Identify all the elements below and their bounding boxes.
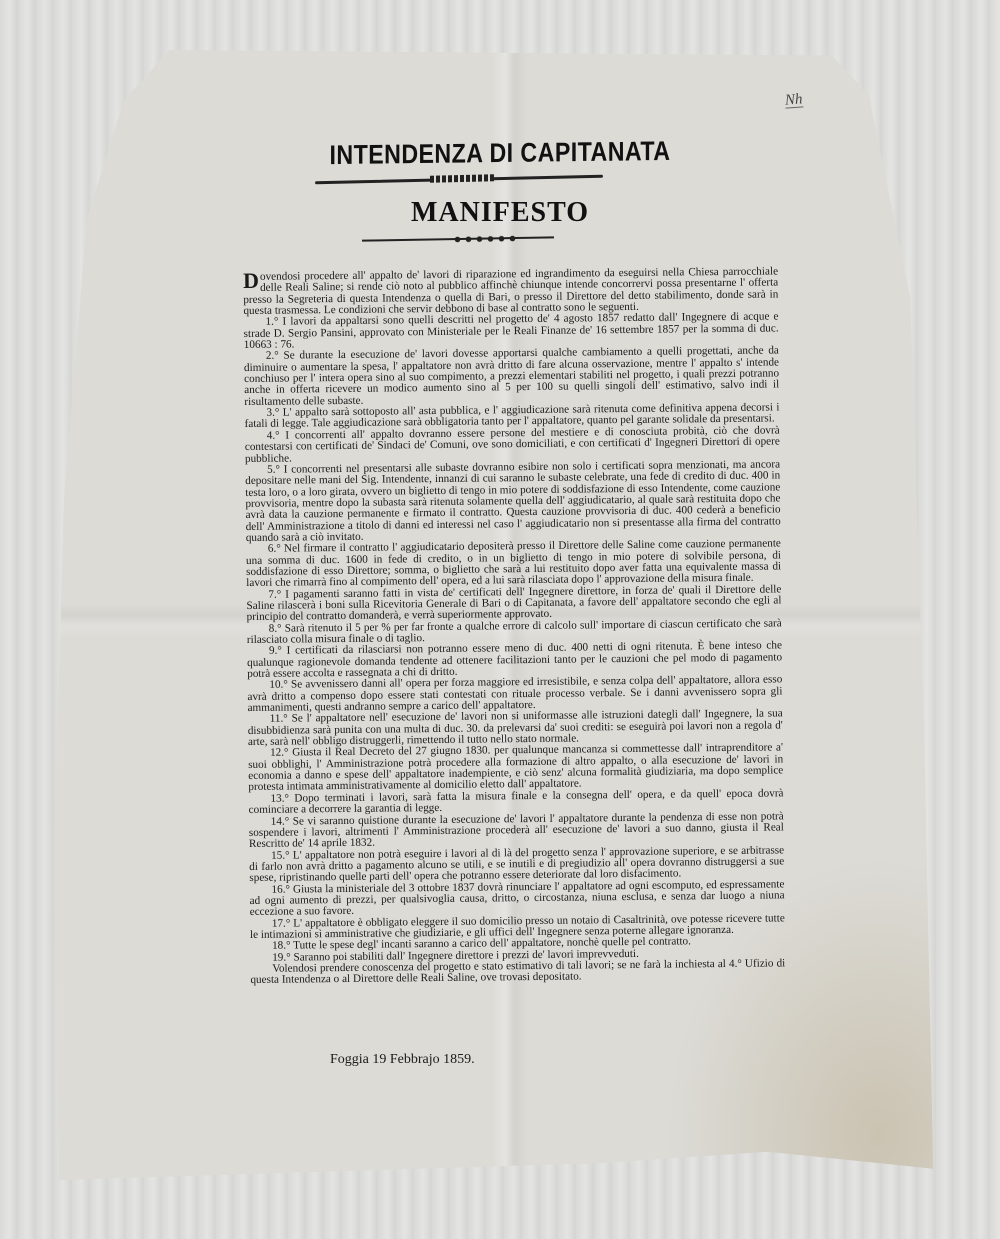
manifesto-body: Dovendosi procedere all' appalto de' lav… — [243, 266, 785, 986]
article-paragraph: 12.° Giusta il Real Decreto del 27 giugn… — [248, 743, 783, 794]
articles-list: 1.° I lavori da appaltarsi sono quelli d… — [243, 312, 785, 964]
article-paragraph: 6.° Nel firmare il contratto l' aggiudic… — [246, 539, 781, 590]
title-ornament-icon — [430, 174, 494, 182]
place-date: Foggia 19 Febbrajo 1859. — [330, 1052, 475, 1068]
intro-text: ovendosi procedere all' appalto de' lavo… — [243, 265, 778, 317]
article-paragraph: 2.° Se durante la esecuzione de' lavori … — [244, 346, 780, 408]
handwritten-note: Nh — [784, 92, 803, 108]
intro-paragraph: Dovendosi procedere all' appalto de' lav… — [243, 266, 778, 317]
subtitle-ornament-icon — [452, 234, 518, 243]
drop-cap: D — [243, 272, 259, 290]
document-subtitle: MANIFESTO — [0, 197, 1000, 229]
article-paragraph: 5.° I concorrenti nel presentarsi alle s… — [245, 459, 781, 544]
